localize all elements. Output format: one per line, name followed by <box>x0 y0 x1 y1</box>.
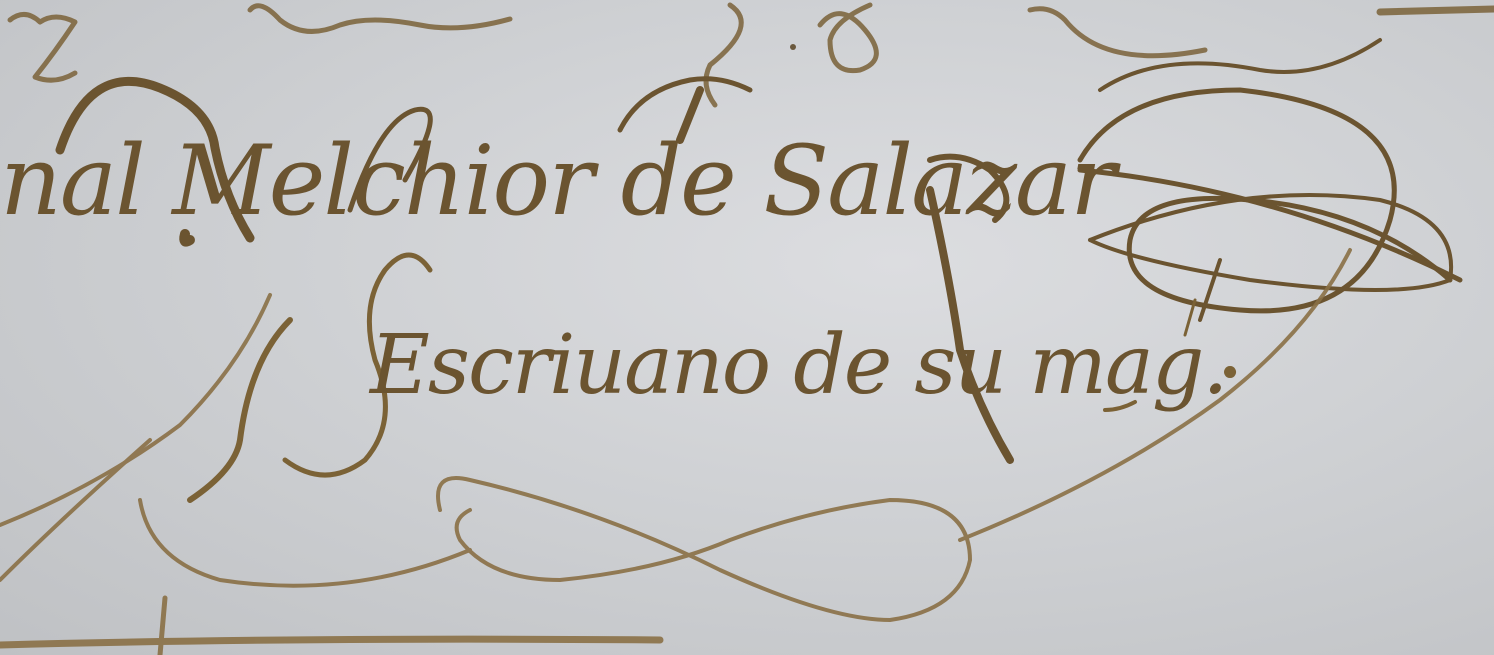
manuscript-page: nal Melchior de Salazar Escriuano de su … <box>0 0 1494 655</box>
signatory-name: Melchior de Salazar <box>172 125 1114 237</box>
bottom-flourish-strokes <box>0 250 1350 655</box>
signatory-title: Escriuano de su mag. <box>370 318 1226 413</box>
line1-prefix: nal <box>0 125 144 237</box>
signature-name-line: nal Melchior de Salazar <box>0 125 1114 237</box>
